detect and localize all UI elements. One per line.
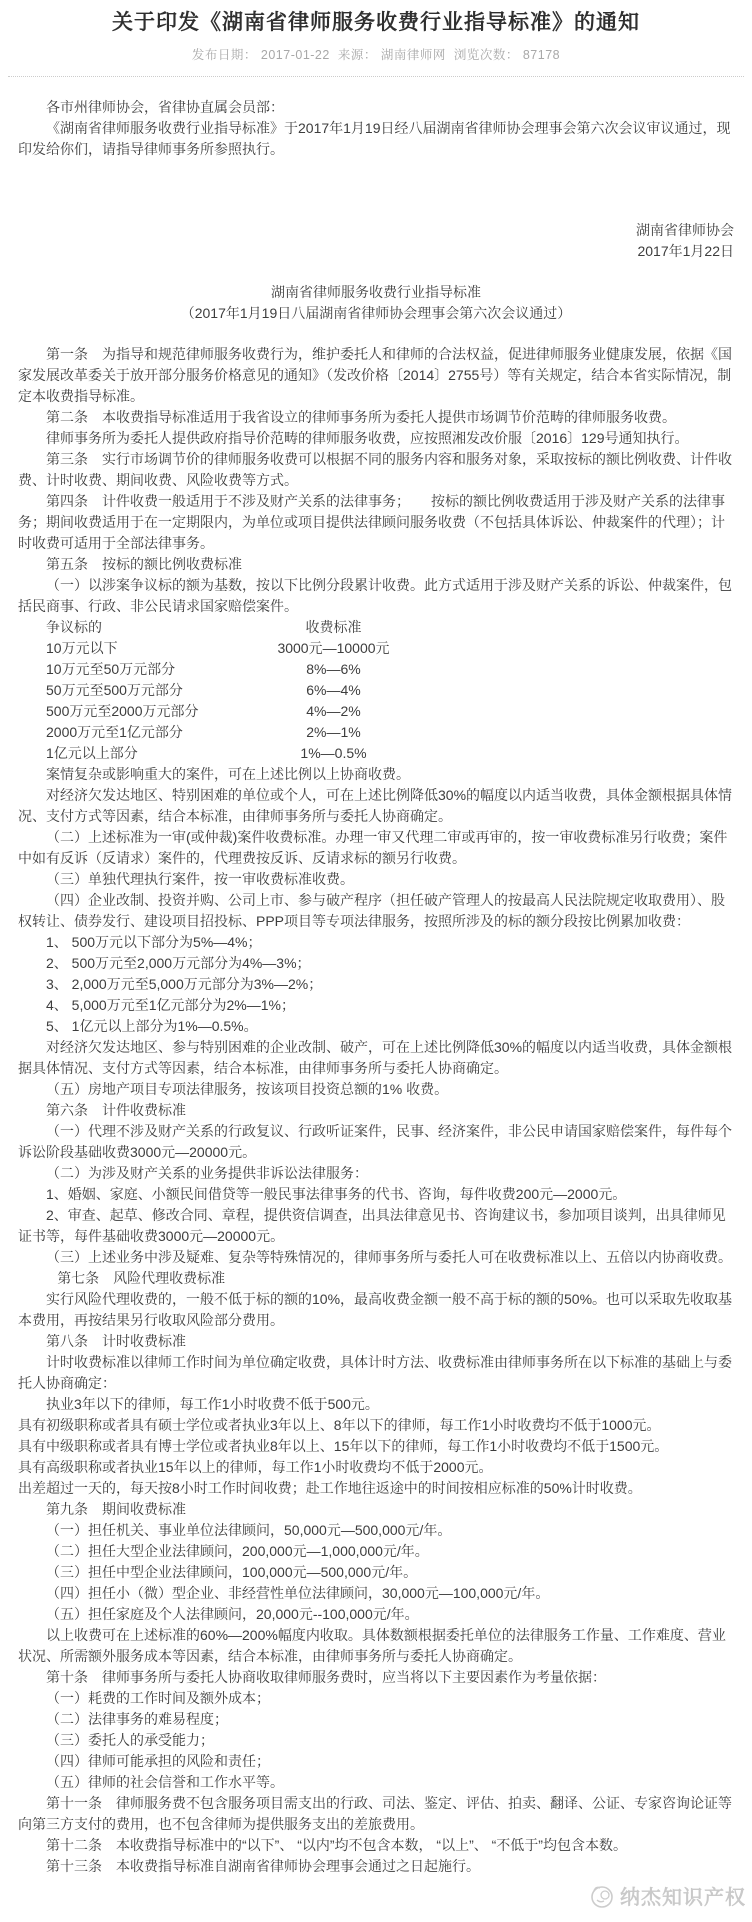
paragraph: 第十三条 本收费指导标准自湖南省律师协会理事会通过之日起施行。 [18,1856,734,1877]
fee-col-value: 收费标准 [246,617,421,638]
fee-table-row: 10万元以下3000元—10000元 [18,638,734,659]
watermark-text: 纳杰知识产权 [620,1881,746,1910]
paragraph: （一）耗费的工作时间及额外成本； [18,1688,734,1709]
views-count: 87178 [523,48,560,62]
paragraph: 5、 1亿元以上部分为1%—0.5%。 [18,1016,734,1037]
source-name: 湖南律师网 [381,48,446,62]
watermark: 纳杰知识产权 [588,1881,746,1910]
paragraph: 第六条 计件收费标准 [18,1100,734,1121]
page: { "page": { "title": "关于印发《湖南省律师服务收费行业指导… [0,0,752,1922]
paragraph: 湖南省律师协会 [18,220,734,241]
paragraph: 第十二条 本收费指导标准中的“以下”、 “以内”均不包含本数， “以上”、 “不… [18,1835,734,1856]
paragraph: （二）为涉及财产关系的业务提供非诉讼法律服务： [18,1163,734,1184]
paragraph: 《湖南省律师服务收费行业指导标准》于2017年1月19日经八届湖南省律师协会理事… [18,118,734,160]
source-label: 来源： [338,48,377,62]
paragraph: 第四条 计件收费一般适用于不涉及财产关系的法律事务； 按标的额比例收费适用于涉及… [18,491,734,554]
paragraph: （一）以涉案争议标的额为基数，按以下比例分段累计收费。此方式适用于涉及财产关系的… [18,575,734,617]
paragraph: 计时收费标准以律师工作时间为单位确定收费，具体计时方法、收费标准由律师事务所在以… [18,1352,734,1394]
fee-col-value: 4%—2% [246,701,421,722]
paragraph: （五）担任家庭及个人法律顾问，20,000元--100,000元/年。 [18,1604,734,1625]
spacer [18,262,734,282]
paragraph: 律师事务所为委托人提供政府指导价范畴的律师服务收费，应按照湘发改价服〔2016〕… [18,428,734,449]
paragraph: 第七条 风险代理收费标准 [18,1268,734,1289]
paragraph: 案情复杂或影响重大的案件，可在上述比例以上协商收费。 [18,764,734,785]
paragraph: 第二条 本收费指导标准适用于我省设立的律师事务所为委托人提供市场调节价范畴的律师… [18,407,734,428]
paragraph: 第三条 实行市场调节价的律师服务收费可以根据不同的服务内容和服务对象，采取按标的… [18,449,734,491]
paragraph: 第八条 计时收费标准 [18,1331,734,1352]
spacer [18,160,734,220]
fee-table-header: 争议标的收费标准 [18,617,734,638]
paragraph: （二）担任大型企业法律顾问，200,000元—1,000,000元/年。 [18,1541,734,1562]
paragraph: 2017年1月22日 [18,241,734,262]
fee-col-label: 500万元至2000万元部分 [46,701,246,722]
paragraph: （五）房地产项目专项法律服务，按该项目投资总额的1% 收费。 [18,1079,734,1100]
paragraph: 湖南省律师服务收费行业指导标准 [18,282,734,303]
paragraph: 各市州律师协会，省律协直属会员部： [18,97,734,118]
paragraph: 执业3年以下的律师，每工作1小时收费不低于500元。 [18,1394,734,1415]
paragraph: （三）上述业务中涉及疑难、复杂等特殊情况的，律师事务所与委托人可在收费标准以上、… [18,1247,734,1268]
paragraph: （四）企业改制、投资并购、公司上市、参与破产程序（担任破产管理人的按最高人民法院… [18,890,734,932]
paragraph: （三）单独代理执行案件，按一审收费标准收费。 [18,869,734,890]
paragraph: （二）上述标准为一审(或仲裁)案件收费标准。办理一审又代理二审或再审的，按一审收… [18,827,734,869]
views-label: 浏览次数： [454,48,519,62]
fee-table-row: 500万元至2000万元部分4%—2% [18,701,734,722]
fee-col-value: 2%—1% [246,722,421,743]
paragraph: 对经济欠发达地区、特别困难的单位或个人，可在上述比例降低30%的幅度以内适当收费… [18,785,734,827]
paragraph: 具有初级职称或者具有硕士学位或者执业3年以上、8年以下的律师，每工作1小时收费均… [18,1415,734,1436]
meta-line: 发布日期：2017-01-22 来源：湖南律师网 浏览次数：87178 [0,45,752,63]
spacer [18,324,734,344]
paragraph: 第十条 律师事务所与委托人协商收取律师服务费时，应当将以下主要因素作为考量依据： [18,1667,734,1688]
fee-col-value: 8%—6% [246,659,421,680]
paragraph: （一）代理不涉及财产关系的行政复议、行政听证案件，民事、经济案件，非公民申请国家… [18,1121,734,1163]
fee-col-label: 50万元至500万元部分 [46,680,246,701]
paragraph: 具有高级职称或者执业15年以上的律师，每工作1小时收费均不低于2000元。 [18,1457,734,1478]
paragraph: （2017年1月19日八届湖南省律师协会理事会第六次会议通过） [18,303,734,324]
fee-col-label: 10万元以下 [46,638,246,659]
paragraph: （三）担任中型企业法律顾问，100,000元—500,000元/年。 [18,1562,734,1583]
paragraph: 第五条 按标的额比例收费标准 [18,554,734,575]
paragraph: 1、婚姻、家庭、小额民间借贷等一般民事法律事务的代书、咨询，每件收费200元—2… [18,1184,734,1205]
paragraph: 出差超过一天的，每天按8小时工作时间收费；赴工作地往返途中的时间按相应标准的50… [18,1478,734,1499]
paragraph: 对经济欠发达地区、参与特别困难的企业改制、破产，可在上述比例降低30%的幅度以内… [18,1037,734,1079]
paragraph: （四）担任小（微）型企业、非经营性单位法律顾问，30,000元—100,000元… [18,1583,734,1604]
paragraph: （五）律师的社会信誉和工作水平等。 [18,1772,734,1793]
publish-date-label: 发布日期： [192,48,257,62]
paragraph: （一）担任机关、事业单位法律顾问，50,000元—500,000元/年。 [18,1520,734,1541]
paragraph: 2、审查、起草、修改合同、章程，提供资信调查，出具法律意见书、咨询建议书，参加项… [18,1205,734,1247]
paragraph: 第九条 期间收费标准 [18,1499,734,1520]
fee-col-label: 1亿元以上部分 [46,743,246,764]
fee-table-row: 1亿元以上部分1%—0.5% [18,743,734,764]
fee-col-label: 争议标的 [46,617,246,638]
page-title: 关于印发《湖南省律师服务收费行业指导标准》的通知 [20,10,732,36]
paragraph: 3、 2,000万元至5,000万元部分为3%—2%； [18,974,734,995]
fee-col-value: 1%—0.5% [246,743,421,764]
fee-col-label: 2000万元至1亿元部分 [46,722,246,743]
publish-date: 2017-01-22 [261,48,330,62]
fee-col-label: 10万元至50万元部分 [46,659,246,680]
fee-col-value: 6%—4% [246,680,421,701]
paragraph: 实行风险代理收费的，一般不低于标的额的10%，最高收费金额一般不高于标的额的50… [18,1289,734,1331]
paragraph: 第十一条 律师服务费不包含服务项目需支出的行政、司法、鉴定、评估、拍卖、翻译、公… [18,1793,734,1835]
paragraph: 第一条 为指导和规范律师服务收费行为，维护委托人和律师的合法权益，促进律师服务业… [18,344,734,407]
paragraph: 4、 5,000万元至1亿元部分为2%—1%； [18,995,734,1016]
paragraph: （三）委托人的承受能力； [18,1730,734,1751]
paragraph: 1、 500万元以下部分为5%—4%； [18,932,734,953]
paragraph: 具有中级职称或者具有博士学位或者执业8年以上、15年以下的律师，每工作1小时收费… [18,1436,734,1457]
paragraph: （二）法律事务的难易程度； [18,1709,734,1730]
paragraph: 2、 500万元至2,000万元部分为4%—3%； [18,953,734,974]
fee-table-row: 50万元至500万元部分6%—4% [18,680,734,701]
document-body: 各市州律师协会，省律协直属会员部：《湖南省律师服务收费行业指导标准》于2017年… [0,77,752,1877]
fee-table-row: 2000万元至1亿元部分2%—1% [18,722,734,743]
paragraph: （四）律师可能承担的风险和责任； [18,1751,734,1772]
fee-col-value: 3000元—10000元 [246,638,421,659]
paragraph: 以上收费可在上述标准的60%—200%幅度内收取。具体数额根据委托单位的法律服务… [18,1625,734,1667]
fee-table-row: 10万元至50万元部分8%—6% [18,659,734,680]
najie-logo-icon [588,1882,616,1910]
